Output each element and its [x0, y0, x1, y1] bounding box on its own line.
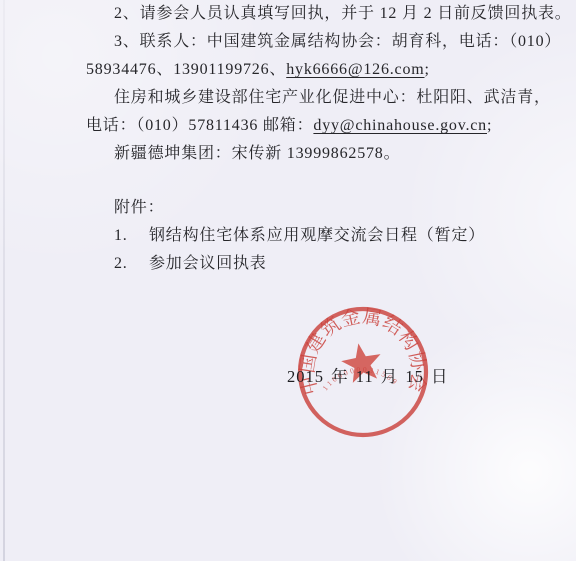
cama-email-suffix: ;: [425, 61, 430, 78]
cama-email: hyk6666@126.com: [286, 61, 424, 78]
center-phone-prefix: 电话：（010）57811436 邮箱：: [86, 117, 313, 134]
phone-numbers: 58934476、13901199726、: [86, 61, 286, 78]
scan-edge-artifact: [3, 0, 5, 561]
contacts-intro-line: 3、联系人：中国建筑金属结构协会：胡育科，电话：（010）: [114, 33, 561, 51]
attachments-heading: 附件：: [114, 199, 164, 217]
attachment-item-text: 钢结构住宅体系应用观摩交流会日程（暂定）: [149, 227, 485, 244]
phones-line: 58934476、13901199726、hyk6666@126.com;: [86, 61, 430, 79]
attachment-item-number: 2.: [114, 255, 149, 273]
center-phone-line: 电话：（010）57811436 邮箱：dyy@chinahouse.gov.c…: [86, 117, 492, 135]
attachment-item-number: 1.: [114, 227, 149, 245]
document-date: 2015 年 11 月 15 日: [287, 363, 449, 387]
attachment-item-text: 参加会议回执表: [149, 255, 267, 272]
scanned-document-page: 2、请参会人员认真填写回执，并于 12 月 2 日前反馈回执表。 3、联系人：中…: [0, 0, 576, 561]
center-email: dyy@chinahouse.gov.cn: [313, 117, 487, 134]
xinjiang-contact-line: 新疆德坤集团：宋传新 13999862578。: [114, 145, 400, 163]
attachment-item: 1.钢结构住宅体系应用观摩交流会日程（暂定）: [114, 227, 485, 245]
center-contacts-line: 住房和城乡建设部住宅产业化促进中心：杜阳阳、武洁青，: [114, 89, 551, 107]
attachment-item: 2.参加会议回执表: [114, 255, 267, 273]
center-email-suffix: ;: [487, 117, 492, 134]
notice-line: 2、请参会人员认真填写回执，并于 12 月 2 日前反馈回执表。: [114, 5, 572, 23]
